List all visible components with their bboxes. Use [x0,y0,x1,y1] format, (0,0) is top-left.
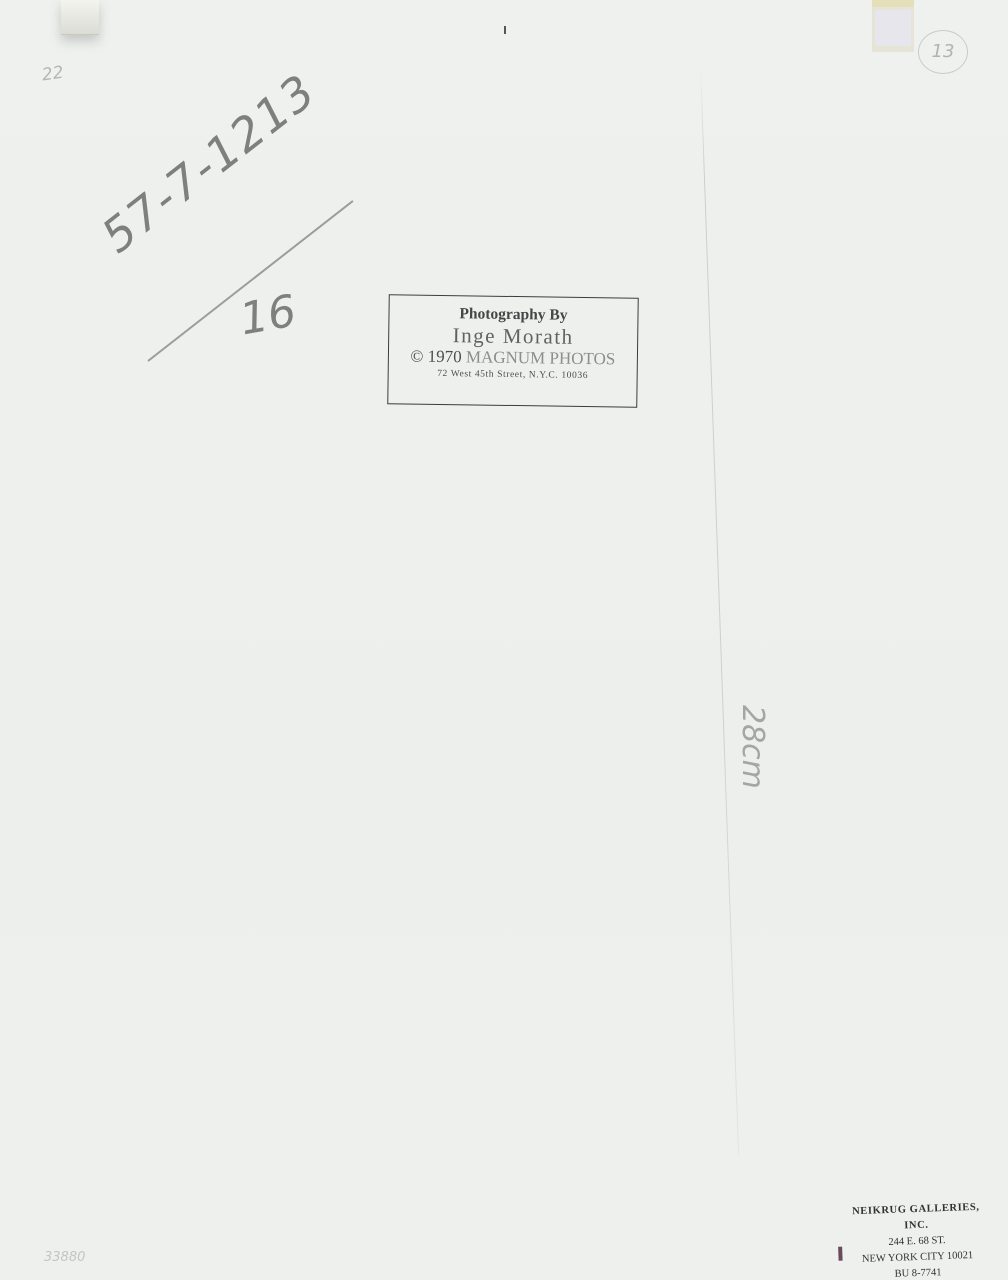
gallery-city: NEW YORK CITY 10021 [862,1250,974,1265]
gallery-name: NEIKRUG GALLERIES, INC. [841,1199,992,1236]
copyright-icon: © [410,347,423,366]
stamp-year: 1970 [428,347,462,366]
tape-piece-left [61,0,99,35]
photographer-stamp: Photography By Inge Morath © 1970 MAGNUM… [387,294,639,407]
stamp-copyright-line: © 1970 MAGNUM PHOTOS [389,346,637,369]
pencil-tick-mark [504,26,506,34]
pencil-reference-sub: 16 [236,286,300,346]
pencil-inventory-number: 33880 [44,1250,85,1265]
stamp-photographer-name: Inge Morath [389,322,637,349]
pencil-note-corner-left: 22 [41,63,65,86]
stamp-address: 72 West 45th Street, N.Y.C. 10036 [389,368,637,381]
stamp-agency: MAGNUM PHOTOS [466,347,616,368]
pencil-dimension-note: 28cm [735,705,770,789]
pencil-note-circled-number: 13 [918,30,968,74]
gallery-stamp: NEIKRUG GALLERIES, INC. 244 E. 68 ST. NE… [841,1199,994,1280]
ink-smudge [838,1247,842,1261]
tape-piece-right [872,0,914,52]
